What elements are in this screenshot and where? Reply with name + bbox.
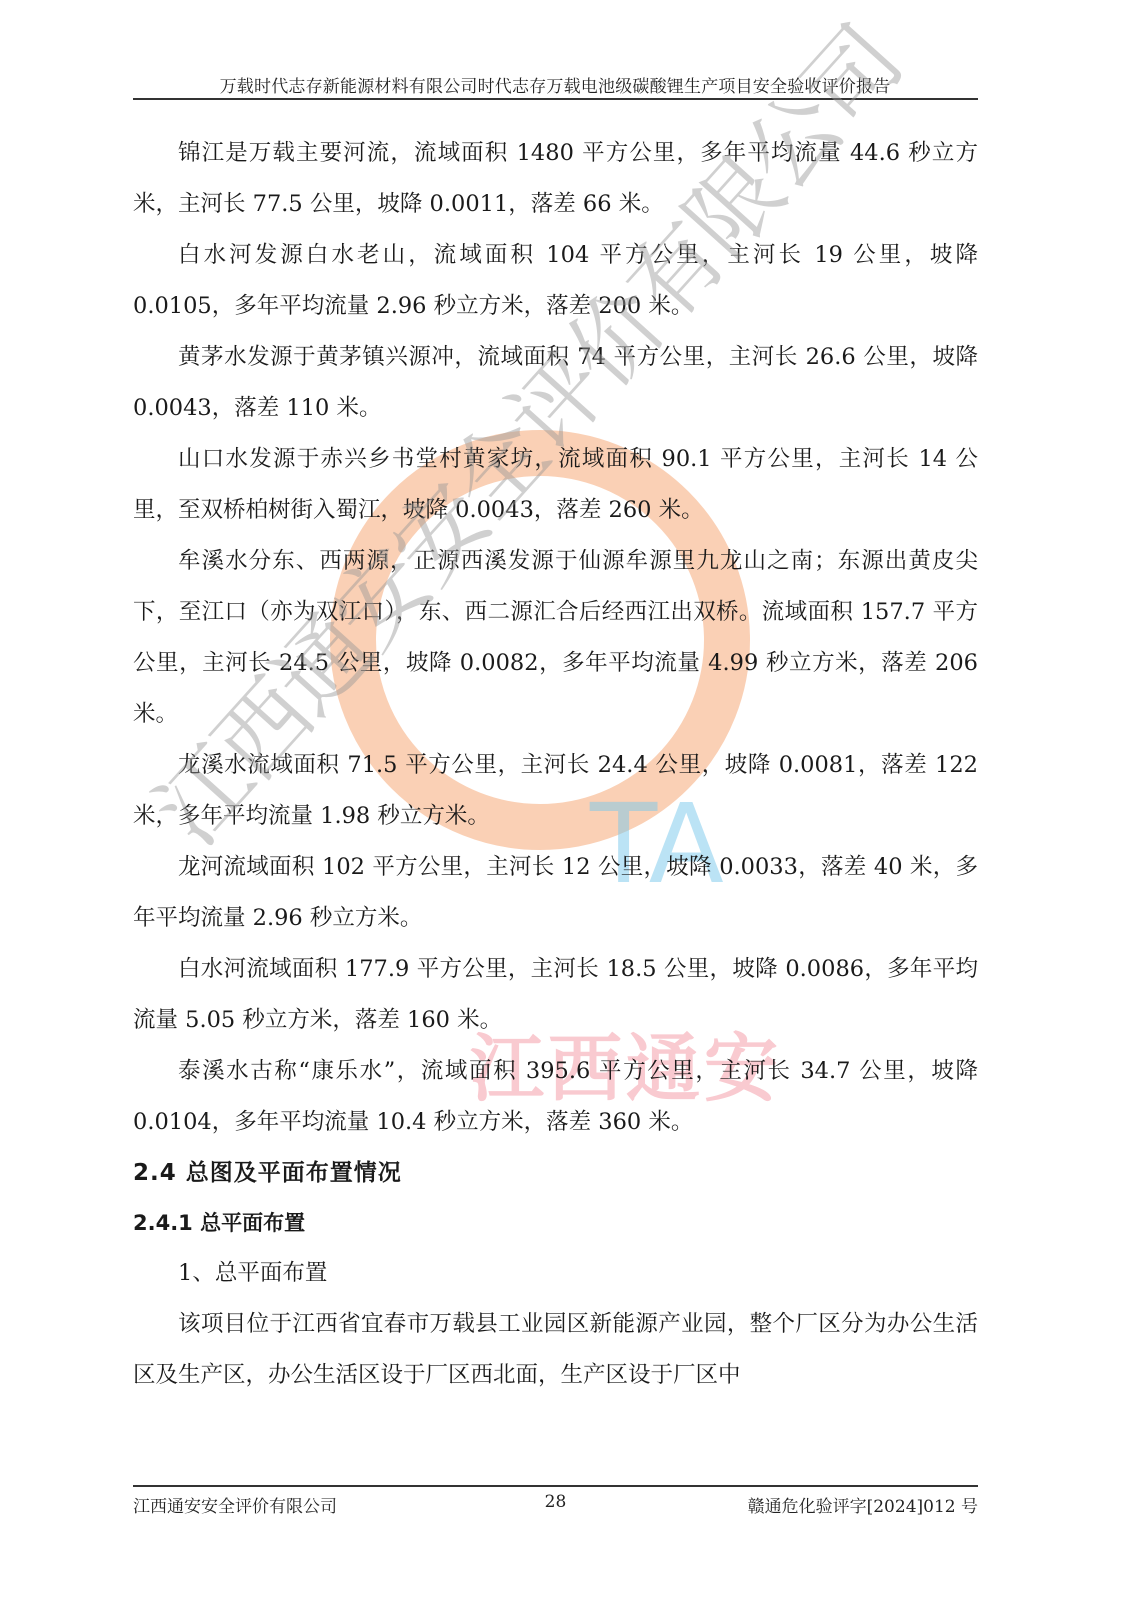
footer-divider bbox=[133, 1485, 978, 1487]
paragraph-shankoushui: 山口水发源于赤兴乡书堂村黄家坊，流域面积 90.1 平方公里，主河长 14 公里… bbox=[133, 434, 978, 536]
paragraph-longhe: 龙河流域面积 102 平方公里，主河长 12 公里，坡降 0.0033，落差 4… bbox=[133, 842, 978, 944]
document-body: 锦江是万载主要河流，流域面积 1480 平方公里，多年平均流量 44.6 秒立方… bbox=[133, 128, 978, 1401]
paragraph-longxishui: 龙溪水流域面积 71.5 平方公里，主河长 24.4 公里，坡降 0.0081，… bbox=[133, 740, 978, 842]
header-divider bbox=[133, 98, 978, 100]
paragraph-huangmaoshui: 黄茅水发源于黄茅镇兴源冲，流域面积 74 平方公里，主河长 26.6 公里，坡降… bbox=[133, 332, 978, 434]
paragraph-baishuihe-1: 白水河发源白水老山，流域面积 104 平方公里，主河长 19 公里，坡降 0.0… bbox=[133, 230, 978, 332]
page-header-title: 万载时代志存新能源材料有限公司时代志存万载电池级碳酸锂生产项目安全验收评价报告 bbox=[133, 72, 977, 97]
paragraph-baishuihe-2: 白水河流域面积 177.9 平方公里，主河长 18.5 公里，坡降 0.0086… bbox=[133, 944, 978, 1046]
subsection-heading: 2.4.1 总平面布置 bbox=[133, 1198, 978, 1248]
paragraph-taixishui: 泰溪水古称“康乐水”，流域面积 395.6 平方公里，主河长 34.7 公里，坡… bbox=[133, 1046, 978, 1148]
footer-doc-number: 赣通危化验评字[2024]012 号 bbox=[748, 1492, 978, 1517]
paragraph-layout: 该项目位于江西省宜春市万载县工业园区新能源产业园，整个厂区分为办公生活区及生产区… bbox=[133, 1299, 978, 1401]
section-heading: 2.4 总图及平面布置情况 bbox=[133, 1148, 978, 1198]
paragraph-muxishui: 牟溪水分东、西两源，正源西溪发源于仙源牟源里九龙山之南；东源出黄皮尖下，至江口（… bbox=[133, 536, 978, 740]
list-item-label: 1、总平面布置 bbox=[133, 1248, 978, 1299]
paragraph-jinjiang: 锦江是万载主要河流，流域面积 1480 平方公里，多年平均流量 44.6 秒立方… bbox=[133, 128, 978, 230]
